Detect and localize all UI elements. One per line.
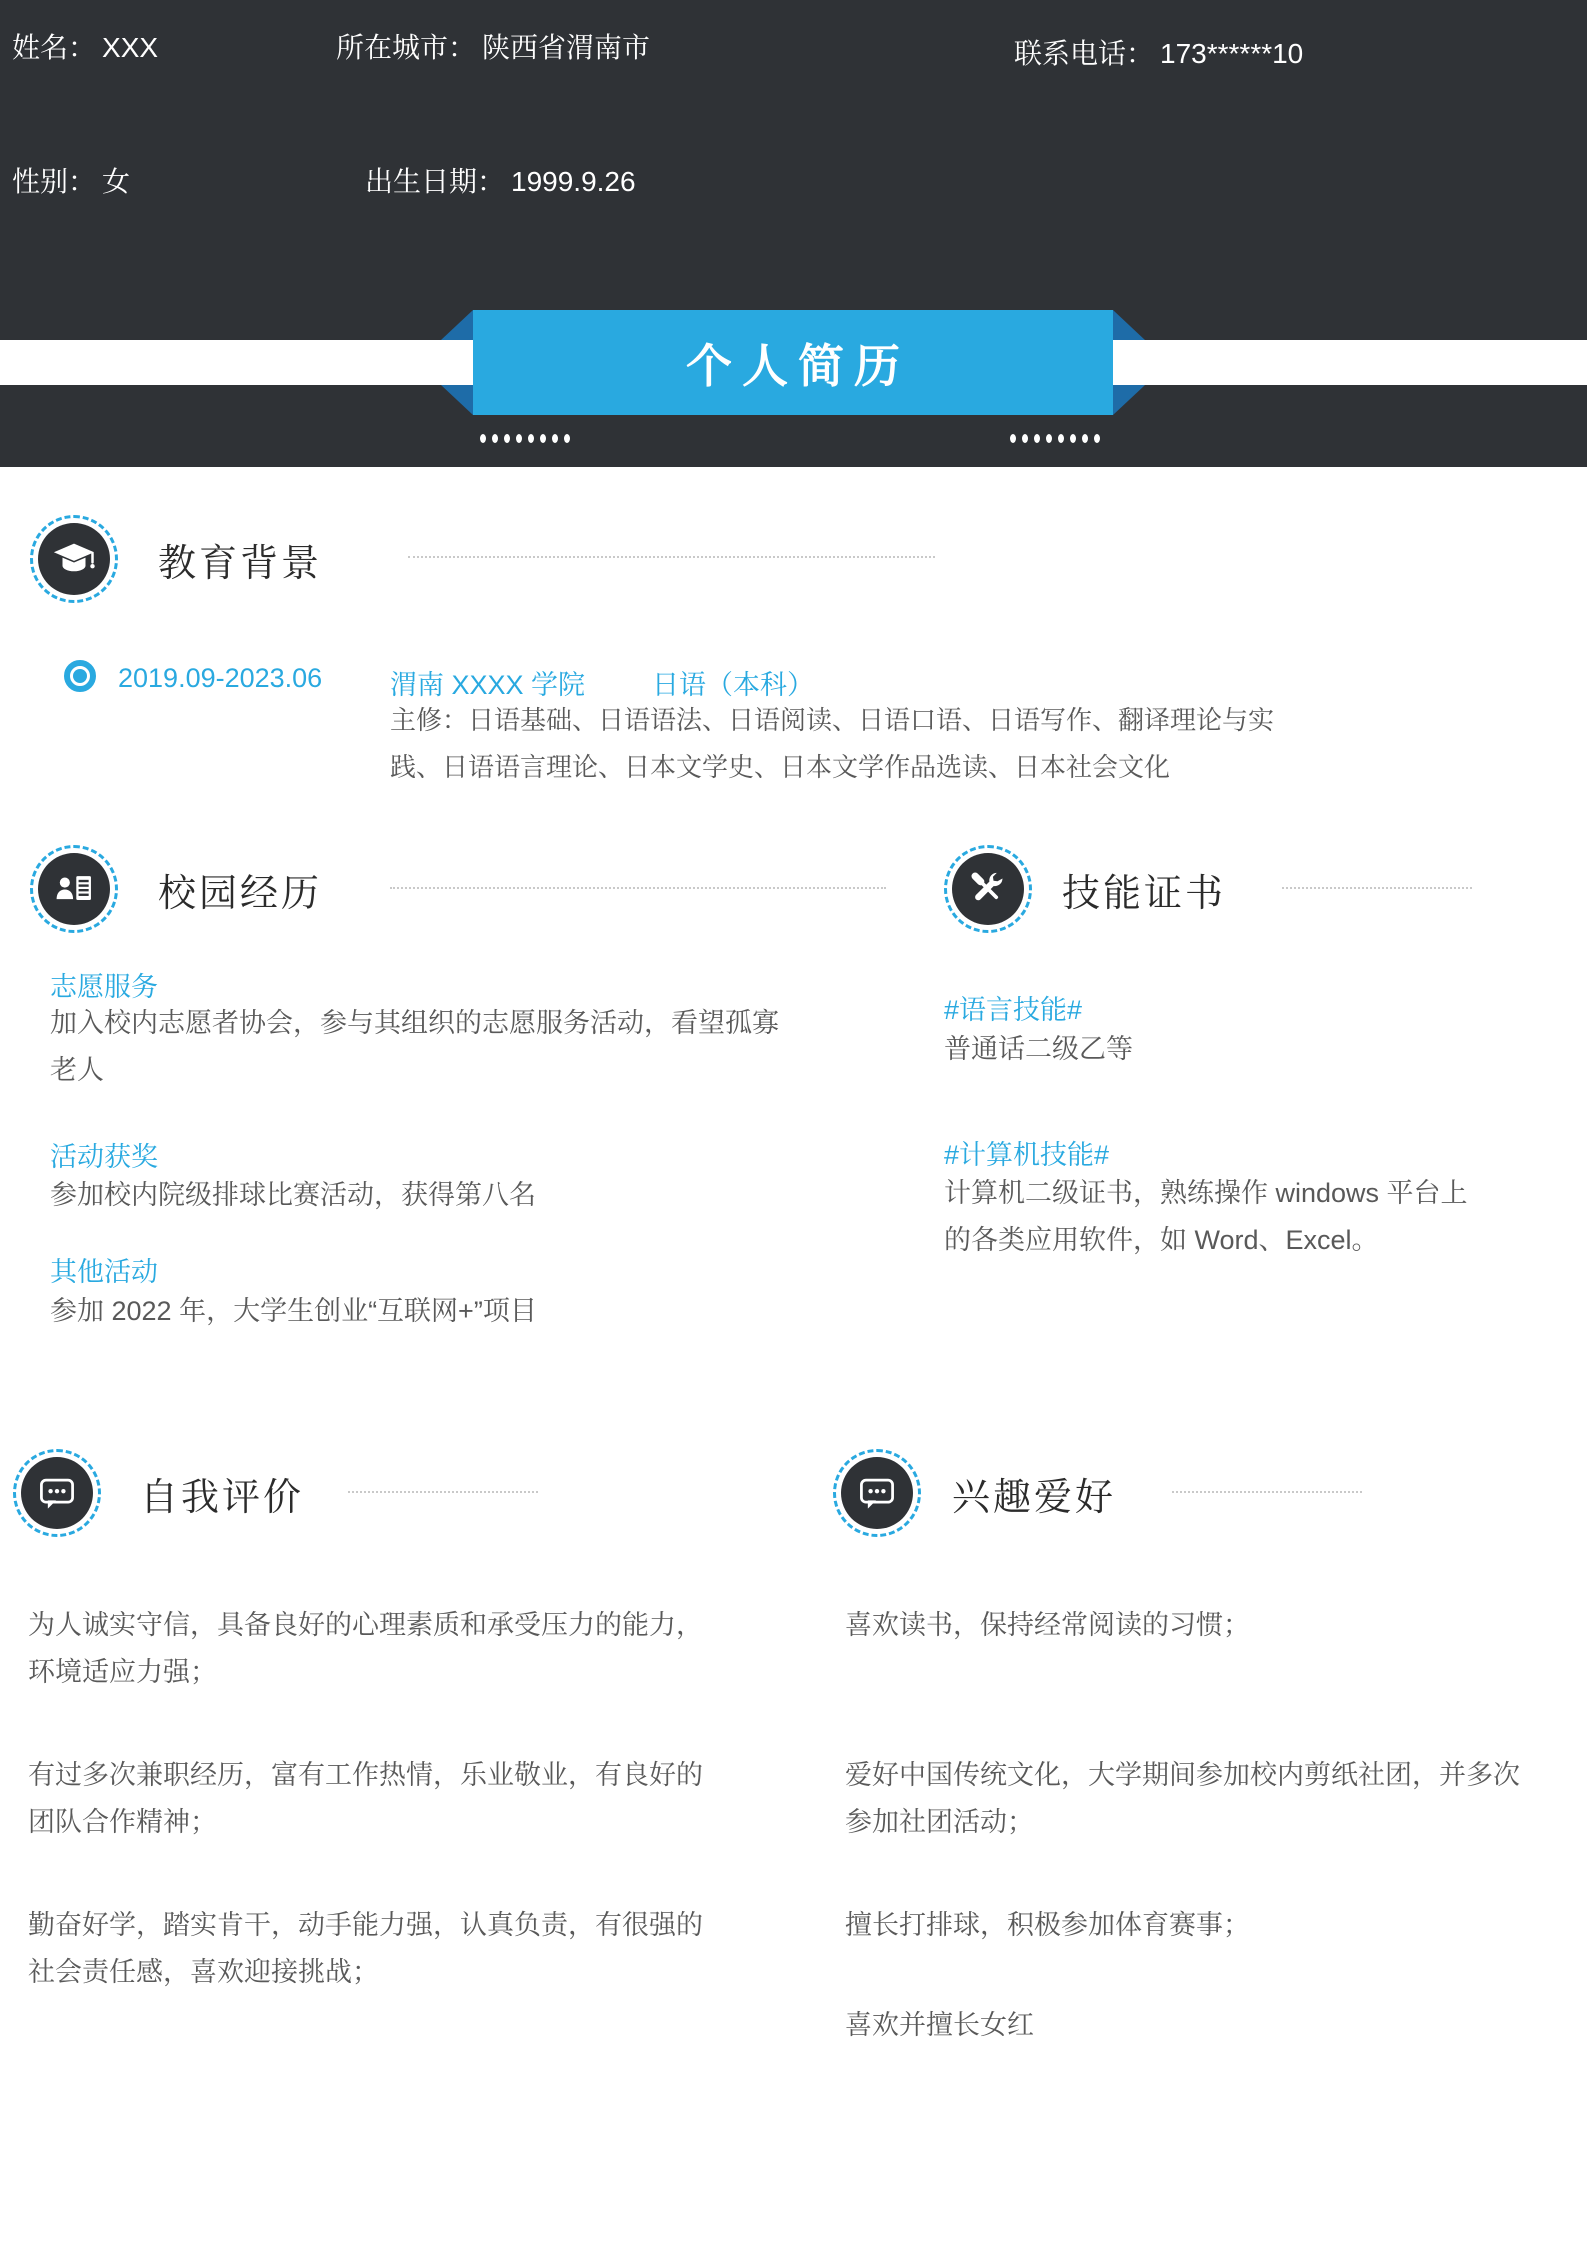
birth-label: 出生日期： (365, 166, 505, 197)
campus-item-text: 参加校内院级排球比赛活动，获得第八名 (50, 1172, 795, 1219)
graduation-cap-icon (51, 536, 97, 582)
city-field: 所在城市：陕西省渭南市 (336, 26, 650, 66)
skills-divider (1282, 887, 1472, 889)
gender-field: 性别：女 (12, 160, 130, 200)
skills-item-heading: #计算机技能# (944, 1133, 1109, 1172)
chat-bubble-icon (35, 1471, 79, 1515)
campus-section-title: 校园经历 (158, 862, 322, 917)
education-bullet-icon (64, 660, 96, 692)
gender-label: 性别： (12, 166, 96, 197)
education-icon-ring (30, 515, 118, 603)
city-label: 所在城市： (336, 32, 476, 63)
dots-group-right (1010, 434, 1100, 443)
campus-item-heading: 活动获奖 (50, 1135, 158, 1174)
self-evaluation-paragraph: 勤奋好学，踏实肯干，动手能力强，认真负责，有很强的社会责任感，喜欢迎接挑战； (28, 1902, 718, 1996)
self-evaluation-section-title: 自我评价 (140, 1466, 304, 1521)
hobbies-icon-ring (833, 1449, 921, 1537)
skills-item-text: 普通话二级乙等 (944, 1026, 1489, 1073)
skills-item-heading: #语言技能# (944, 988, 1082, 1027)
campus-divider (390, 887, 886, 889)
name-label: 姓名： (12, 32, 96, 63)
campus-item-text: 参加 2022 年，大学生创业“互联网+”项目 (50, 1288, 795, 1335)
education-period: 2019.09-2023.06 (118, 663, 322, 694)
city-value: 陕西省渭南市 (482, 32, 650, 63)
tools-icon (966, 867, 1010, 911)
dots-group-left (480, 434, 570, 443)
campus-icon-ring (30, 845, 118, 933)
self-evaluation-divider (348, 1491, 538, 1493)
skills-item-text: 计算机二级证书，熟练操作 windows 平台上的各类应用软件，如 Word、E… (944, 1170, 1489, 1264)
education-courses: 主修：日语基础、日语语法、日语阅读、日语口语、日语写作、翻译理论与实践、日语语言… (390, 697, 1290, 791)
hobbies-paragraph: 喜欢并擅长女红 (845, 2002, 1535, 2049)
header: 姓名：XXX 所在城市：陕西省渭南市 联系电话：173******10 性别：女… (0, 0, 1587, 340)
phone-field: 联系电话：173******10 (1014, 32, 1303, 72)
campus-item-heading: 其他活动 (50, 1250, 158, 1289)
hobbies-section-title: 兴趣爱好 (952, 1466, 1116, 1521)
chat-bubble-icon (855, 1471, 899, 1515)
birth-value: 1999.9.26 (511, 166, 636, 197)
id-card-icon (52, 867, 96, 911)
resume-page: 姓名：XXX 所在城市：陕西省渭南市 联系电话：173******10 性别：女… (0, 0, 1587, 2245)
self-evaluation-paragraph: 有过多次兼职经历，富有工作热情，乐业敬业，有良好的团队合作精神； (28, 1752, 718, 1846)
phone-value: 173******10 (1160, 38, 1303, 69)
self-evaluation-icon-ring (13, 1449, 101, 1537)
hobbies-paragraph: 爱好中国传统文化，大学期间参加校内剪纸社团，并多次参加社团活动； (845, 1752, 1535, 1846)
education-section-title: 教育背景 (158, 532, 322, 587)
campus-item-heading: 志愿服务 (50, 965, 158, 1004)
title-banner: 个人简历 (473, 310, 1113, 415)
hobbies-paragraph: 擅长打排球，积极参加体育赛事； (845, 1902, 1535, 1949)
hobbies-divider (1172, 1491, 1362, 1493)
self-evaluation-paragraph: 为人诚实守信，具备良好的心理素质和承受压力的能力，环境适应力强； (28, 1602, 718, 1696)
skills-section-title: 技能证书 (1062, 862, 1226, 917)
phone-label: 联系电话： (1014, 38, 1154, 69)
gender-value: 女 (102, 166, 130, 197)
birth-field: 出生日期：1999.9.26 (365, 160, 636, 200)
page-title: 个人简历 (676, 330, 910, 396)
name-field: 姓名：XXX (12, 26, 158, 66)
skills-icon-ring (944, 845, 1032, 933)
campus-item-text: 加入校内志愿者协会，参与其组织的志愿服务活动，看望孤寡老人 (50, 1000, 795, 1094)
hobbies-paragraph: 喜欢读书，保持经常阅读的习惯； (845, 1602, 1535, 1649)
name-value: XXX (102, 32, 158, 63)
education-divider (408, 556, 935, 558)
